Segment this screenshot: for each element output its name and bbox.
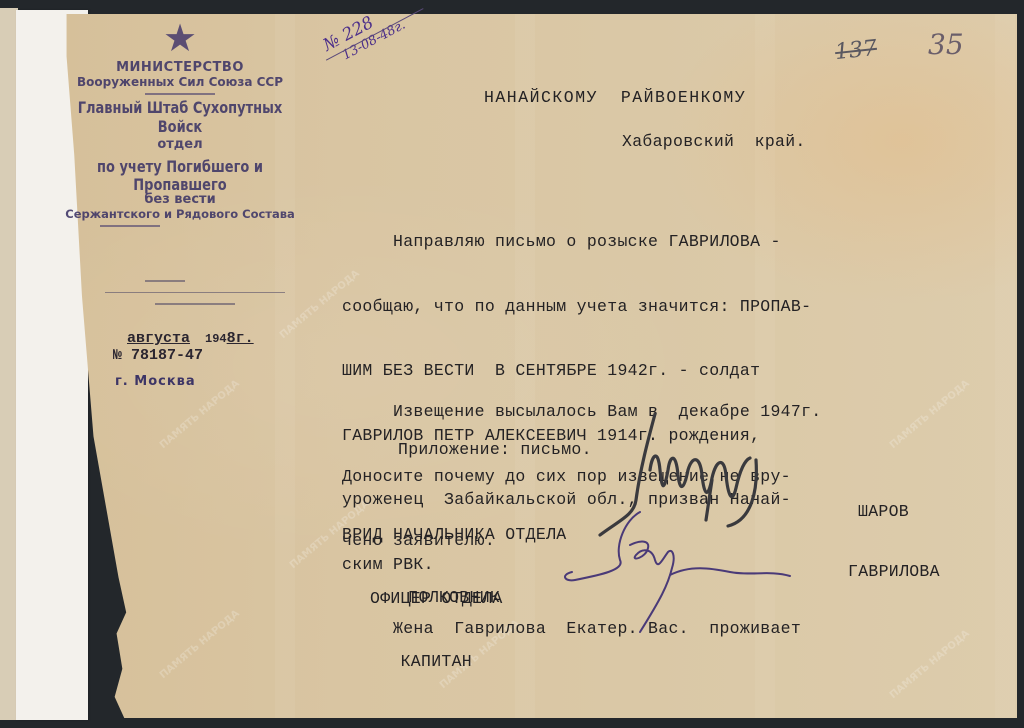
stamp-line: Главный Штаб Сухопутных Войск bbox=[60, 99, 300, 137]
stamp-year-prefix: 194 bbox=[205, 332, 227, 346]
divider bbox=[145, 93, 215, 95]
star-emblem-icon: ★ bbox=[60, 18, 300, 58]
body-line: сообщаю, что по данным учета значится: П… bbox=[342, 296, 811, 318]
stamp-line: МИНИСТЕРСТВО bbox=[60, 60, 300, 75]
signatory2-name: ГАВРИЛОВА bbox=[848, 562, 940, 581]
page-number: 35 bbox=[928, 28, 964, 61]
ministry-stamp: ★ МИНИСТЕРСТВО Вооруженных Сил Союза ССР… bbox=[60, 18, 300, 231]
addressee-region: Хабаровский край. bbox=[622, 132, 806, 151]
divider bbox=[100, 225, 160, 227]
outgoing-date-stamp: августа 1948г. № 78187-47 г. Москва bbox=[95, 330, 305, 389]
stamp-form-lines bbox=[95, 270, 295, 315]
stamp-month: августа bbox=[95, 330, 190, 347]
title-line: КАПИТАН bbox=[370, 651, 503, 672]
stamp-line: Вооруженных Сил Союза ССР bbox=[60, 75, 300, 89]
body-line: Извещение высылалось Вам в декабре 1947г… bbox=[342, 401, 821, 423]
signatory1-name: ШАРОВ bbox=[858, 502, 909, 521]
stamp-ref-number: № 78187-47 bbox=[95, 347, 305, 364]
body-line: Направляю письмо о розыске ГАВРИЛОВА - bbox=[342, 231, 811, 253]
crossed-page-number: 137 bbox=[834, 36, 878, 65]
stamp-city: г. Москва bbox=[95, 374, 305, 389]
title-line: ВРИД НАЧАЛЬНИКА ОТДЕЛА bbox=[342, 524, 566, 545]
stamp-line: отдел bbox=[60, 137, 300, 152]
attachment-note: Приложение: письмо. bbox=[398, 440, 592, 459]
stamp-year-suffix: 8г. bbox=[227, 330, 254, 347]
stamp-line: по учету Погибшего и Пропавшего bbox=[60, 159, 300, 195]
title-line: ОФИЦЕР ОТДЕЛА bbox=[370, 588, 503, 609]
signatory2-title: ОФИЦЕР ОТДЕЛА КАПИТАН bbox=[370, 546, 503, 693]
addressee: НАНАЙСКОМУ РАЙВОЕНКОМУ bbox=[484, 88, 746, 107]
stamp-line: Сержантского и Рядового Состава bbox=[60, 207, 300, 221]
